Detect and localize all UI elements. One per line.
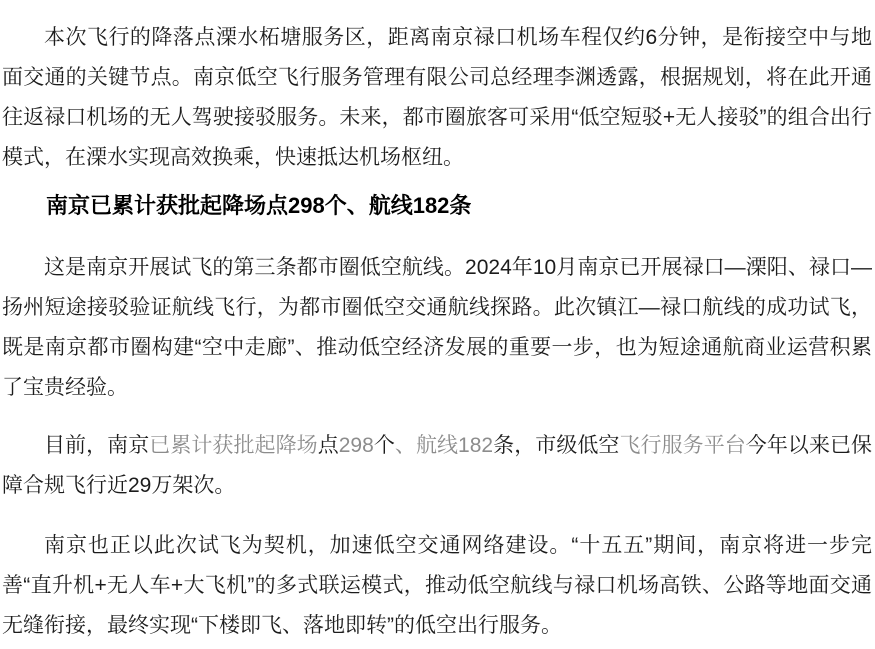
paragraph-third-route: 这是南京开展试飞的第三条都市圈低空航线。2024年10月南京已开展禄口—溧阳、禄…: [2, 248, 872, 408]
text-run: 点: [318, 434, 339, 457]
text-run-dimmed: 298: [339, 434, 374, 457]
text-run-dimmed: 、航线182: [395, 434, 493, 457]
section-heading: 南京已累计获批起降场点298个、航线182条: [2, 186, 872, 226]
text-run: 目前，南京: [44, 434, 149, 457]
paragraph-future-plan: 南京也正以此次试飞为契机，加速低空交通网络建设。“十五五”期间，南京将进一步完善…: [2, 526, 872, 646]
text-run-dimmed: 已累计获批起降场: [149, 434, 317, 457]
article-body: 本次飞行的降落点溧水柘塘服务区，距离南京禄口机场车程仅约6分钟，是衔接空中与地面…: [0, 0, 875, 646]
paragraph-landing-point: 本次飞行的降落点溧水柘塘服务区，距离南京禄口机场车程仅约6分钟，是衔接空中与地面…: [2, 18, 872, 178]
text-run-dimmed: 飞行服务平台: [619, 434, 745, 457]
text-run: 个: [374, 434, 395, 457]
paragraph-statistics: 目前，南京已累计获批起降场点298个、航线182条，市级低空飞行服务平台今年以来…: [2, 426, 872, 506]
text-run: 条，市级低空: [493, 434, 619, 457]
